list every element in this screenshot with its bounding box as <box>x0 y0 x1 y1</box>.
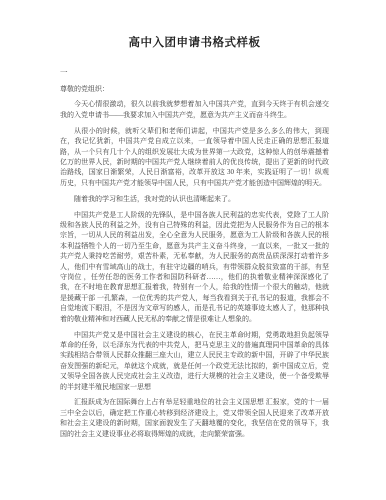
paragraph: 随着我的学习和生活，我对党的认识也清晰起来了。 <box>60 194 329 204</box>
document-page: 高中入团申请书格式样板 一 尊敬的党组织： 今天心情很激动，很久以前我就梦想着加… <box>0 0 386 500</box>
paragraph: 中国共产党是工人阶级的先锋队，是中国各族人民利益的忠实代表，党除了工人阶级和各族… <box>60 210 329 324</box>
paragraph: 从很小的时候，就听父辈们和老师们讲起，中国共产党是多么多么的伟大，到现在，我记忆… <box>60 126 329 188</box>
paragraph: 汇报跃成为在国际舞台上占有举足轻重地位的社会主义国思想 汇报家，党的十一届三中全… <box>60 397 329 439</box>
paragraph: 今天心情很激动，很久以前我就梦想着加入中国共产党，直到今天终于有机会递交我的入党… <box>60 99 329 120</box>
document-body: 今天心情很激动，很久以前我就梦想着加入中国共产党，直到今天终于有机会递交我的入党… <box>60 99 329 439</box>
salutation: 尊敬的党组织： <box>60 84 329 94</box>
section-marker: 一 <box>60 68 329 78</box>
paragraph: 中国共产党又是中国社会主义建设的核心，在民主革命时期，党勇敢地担负起领导革命的任… <box>60 330 329 392</box>
document-title: 高中入团申请书格式样板 <box>60 36 329 50</box>
